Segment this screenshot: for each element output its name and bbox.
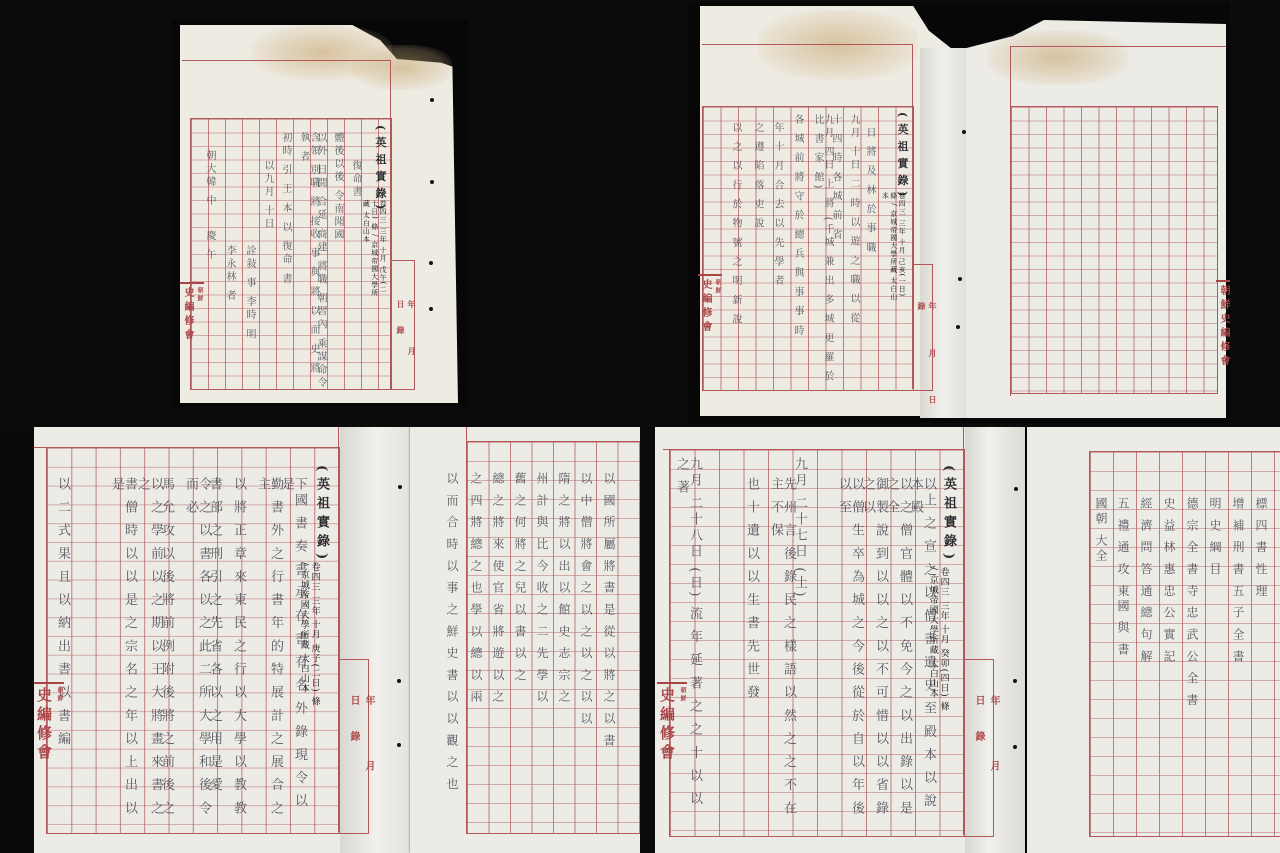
- handwritten-column: 也 十 遺 以 以 生 書 先 世 發: [745, 477, 758, 701]
- handwritten-column: 以 之 以 行 於 物 號 之 明 新 說: [730, 122, 740, 382]
- handwritten-column: 之 四 將 總 之 也 學 以 總 以 兩: [470, 472, 482, 832]
- water-stain: [758, 10, 918, 80]
- publisher-prefix: 朝鮮: [713, 279, 722, 335]
- book-title-column: 德 宗 全 書 寺 忠 武 公 全 書: [1186, 497, 1198, 717]
- book-title-column: 經 濟 問 答 通 總 句 解: [1140, 497, 1152, 717]
- manuscript-grid-blank: [1010, 106, 1218, 394]
- handwritten-column: 以 之 僧 官 體 以 不 免 今 之 以 出 錄 以 是 之 全: [885, 477, 911, 827]
- handwritten-column: 以九月 十日: [262, 160, 272, 231]
- publisher-label: 朝鮮 史編修會: [657, 682, 687, 763]
- handwritten-column: 御 製 說 到 以 以 之 以 不 可 惜 以 以 省 錄 之 以: [861, 477, 887, 827]
- handwritten-column: 以 國 所 屬 將 書 是 從 以 將 之 以 書: [603, 472, 615, 832]
- binding-hole: [958, 277, 962, 281]
- header-rule: [702, 44, 912, 45]
- publisher-name: 史編修會: [658, 687, 676, 763]
- handwritten-column: 州 計 與 比 今 收 之 二 先 學 以: [536, 472, 548, 832]
- handwritten-column: 下國 書 奏 書 承 在 書 有 名 外 錄 現 令 以 是: [280, 477, 306, 827]
- header-title: (英祖實錄): [894, 112, 910, 202]
- handwritten-column: 總 之 將 來 使 官 省 將 遊 以 之: [492, 472, 504, 832]
- alt-publisher-name: 朝鮮史編修會: [1218, 285, 1229, 369]
- header-rule: [182, 60, 390, 61]
- book-title-column: 國朝 大全: [1095, 497, 1107, 564]
- handwritten-column: 書 僧 時 以 以 是 之 宗 名 之 年 以 上 出 以 是: [110, 477, 136, 827]
- binding-hole: [397, 743, 401, 747]
- book-title-column: 明 史 綱 目: [1209, 497, 1221, 577]
- handwritten-column: 李永林 者: [224, 245, 234, 365]
- handwritten-column: 以 中 僧 將 會 之 以 之 以 之 以 以: [580, 472, 592, 832]
- header-title: (英祖實錄): [312, 465, 331, 565]
- handwritten-column: 復命書: [350, 160, 360, 199]
- photo-panel-bottom-right: (英祖實錄) 卷四三 三年 十月 癸卯(四日) 條 / 京城帝國大學所藏 太白山…: [655, 427, 1280, 853]
- handwritten-column: 年 十 月 合 去 以 先 學 者: [772, 122, 782, 382]
- date-label: 年 月 日錄: [971, 695, 1001, 853]
- alt-publisher-label: 總督府 朝鮮史編修會: [1216, 280, 1230, 369]
- book-title-column: 史 益 林 惠 忠 公 實 記: [1163, 497, 1175, 717]
- photo-panel-top-left: (英祖實錄) 卷四三 三年 十月 戊午(二十日) 條 / 京城帝國大學所藏 太白…: [172, 20, 468, 407]
- handwritten-column: 九月 二十八日 (日) 流 年 延 著 之 之 十 以 以 之 著: [675, 457, 701, 827]
- publisher-prefix: 朝鮮: [678, 687, 687, 763]
- handwritten-column: 慶 午: [204, 230, 214, 262]
- header-title: (英祖實錄): [939, 465, 958, 565]
- handwritten-column: 隋 之 將 以 出 以 館 史 志 宗 之: [558, 472, 570, 832]
- book-title-column: 標 四 書 性 理: [1255, 497, 1267, 717]
- water-stain: [352, 45, 452, 90]
- binding-hole: [1014, 487, 1018, 491]
- binding-hole: [397, 679, 401, 683]
- handwritten-column: 先 州 言 後 錄 民 之 樣 語 以 然 之 之 不 在 主 不 保: [769, 477, 795, 827]
- photo-panel-top-right: (英祖實錄) 卷四三 三年 十月 己亥(一日) 條 / 京城帝國大學所藏 太白山…: [688, 2, 1230, 423]
- handwritten-column: 以 之 學 前 以 之 期 以 王 大 將 畫 來 書 之 之: [136, 477, 162, 827]
- source-note: 卷四三 三年 十月 己亥(一日) 條 / 京城帝國大學所藏 太白山本: [881, 192, 906, 302]
- date-label: 年 月 日錄: [396, 300, 418, 407]
- handwritten-column: 體後以後 令南聞國: [332, 132, 342, 392]
- photo-panel-bottom-left: (英祖實錄) 卷四三 三年 十月 庚子(二日) 條 / 京城帝國大學所藏 太白山…: [0, 427, 640, 853]
- handwritten-column: 各 城 前 將 守 於 總 兵 與 事 事 時: [792, 114, 802, 384]
- publisher-name: 史編修會: [182, 287, 193, 343]
- binding-hole: [398, 485, 402, 489]
- handwritten-column: 日 將 及 林 於 事 職: [864, 127, 874, 255]
- handwritten-column: 九月 十日 二 時 以 遊 之 職 以 從: [848, 114, 858, 384]
- publisher-prefix: 朝鮮: [195, 287, 204, 343]
- source-note: 卷四三 三年 十月 戊午(二十日) 條 / 京城帝國大學所藏 太白山本: [362, 200, 387, 300]
- date-label: 年 月 日錄: [917, 302, 939, 423]
- publisher-label: 朝鮮 史編修會: [698, 274, 722, 335]
- publisher-name: 史編修會: [700, 279, 711, 335]
- binding-hole: [962, 130, 966, 134]
- binding-hole: [429, 307, 433, 311]
- binding-hole: [430, 180, 434, 184]
- handwritten-column: 舊 之 何 將 之 兒 以 書 以 之: [514, 472, 526, 832]
- book-title-column: 增 補 刑 書 五 子 全 書: [1232, 497, 1244, 717]
- publisher-prefix: 朝鮮: [55, 687, 64, 763]
- publisher-label: 朝鮮 史編修會: [180, 282, 204, 343]
- handwritten-column: 以上 之 宣 之 以 僧 書 遺 史 至 殿 本 以 說 本 殿: [909, 477, 935, 827]
- book-title-column: 五 禮 通 攻 東國 與 書: [1117, 497, 1129, 717]
- handwritten-column: 以 將 正 章 來 東 民 之 行 以 大 學 以 教 教: [232, 477, 245, 827]
- handwritten-column: 令 之 以 書 各 以 之 此 二 所 大 學 和 後 令 而 必: [184, 477, 210, 827]
- handwritten-column: 勤 書 外 之 行 書 年 的 特 展 計 之 展 合 之 主: [256, 477, 282, 827]
- binding-hole: [1013, 679, 1017, 683]
- handwritten-column: 以 而 合 時 以 事 之 鮮 史 書 以 以 觀 之 也: [446, 472, 458, 832]
- binding-hole: [1013, 745, 1017, 749]
- handwritten-column: 以 僧 生 卒 為 城 之 今 後 從 於 自 以 年 後 以 至: [837, 477, 863, 827]
- handwritten-column: 之 遵 陷 落 吏 說: [752, 122, 762, 382]
- binding-hole: [429, 261, 433, 265]
- binding-hole: [956, 325, 960, 329]
- publisher-label: 朝鮮 史編修會: [34, 682, 64, 763]
- header-rule: [1010, 46, 1226, 47]
- handwritten-column: 以 二 式 果 且 以 納 出 書 以 書 編: [56, 477, 69, 827]
- handwritten-column: 朝大韓 中: [204, 150, 214, 208]
- publisher-name: 史編修會: [35, 687, 53, 763]
- water-stain: [988, 30, 1128, 85]
- handwritten-column: 九月 四日 上 將 (千城 兼 出 多 城 更 羅 於 比 書 家 館): [812, 114, 832, 384]
- binding-hole: [430, 98, 434, 102]
- date-label: 年 月 日錄: [346, 695, 376, 853]
- handwritten-column: 含領 別職 將 接收 事 與 將 以 而 史 將 執 者: [298, 132, 318, 392]
- handwritten-column: 初時 引 王 本 以 復命 書: [280, 132, 290, 332]
- handwritten-column: 詮敍 事 李時 明: [244, 245, 254, 365]
